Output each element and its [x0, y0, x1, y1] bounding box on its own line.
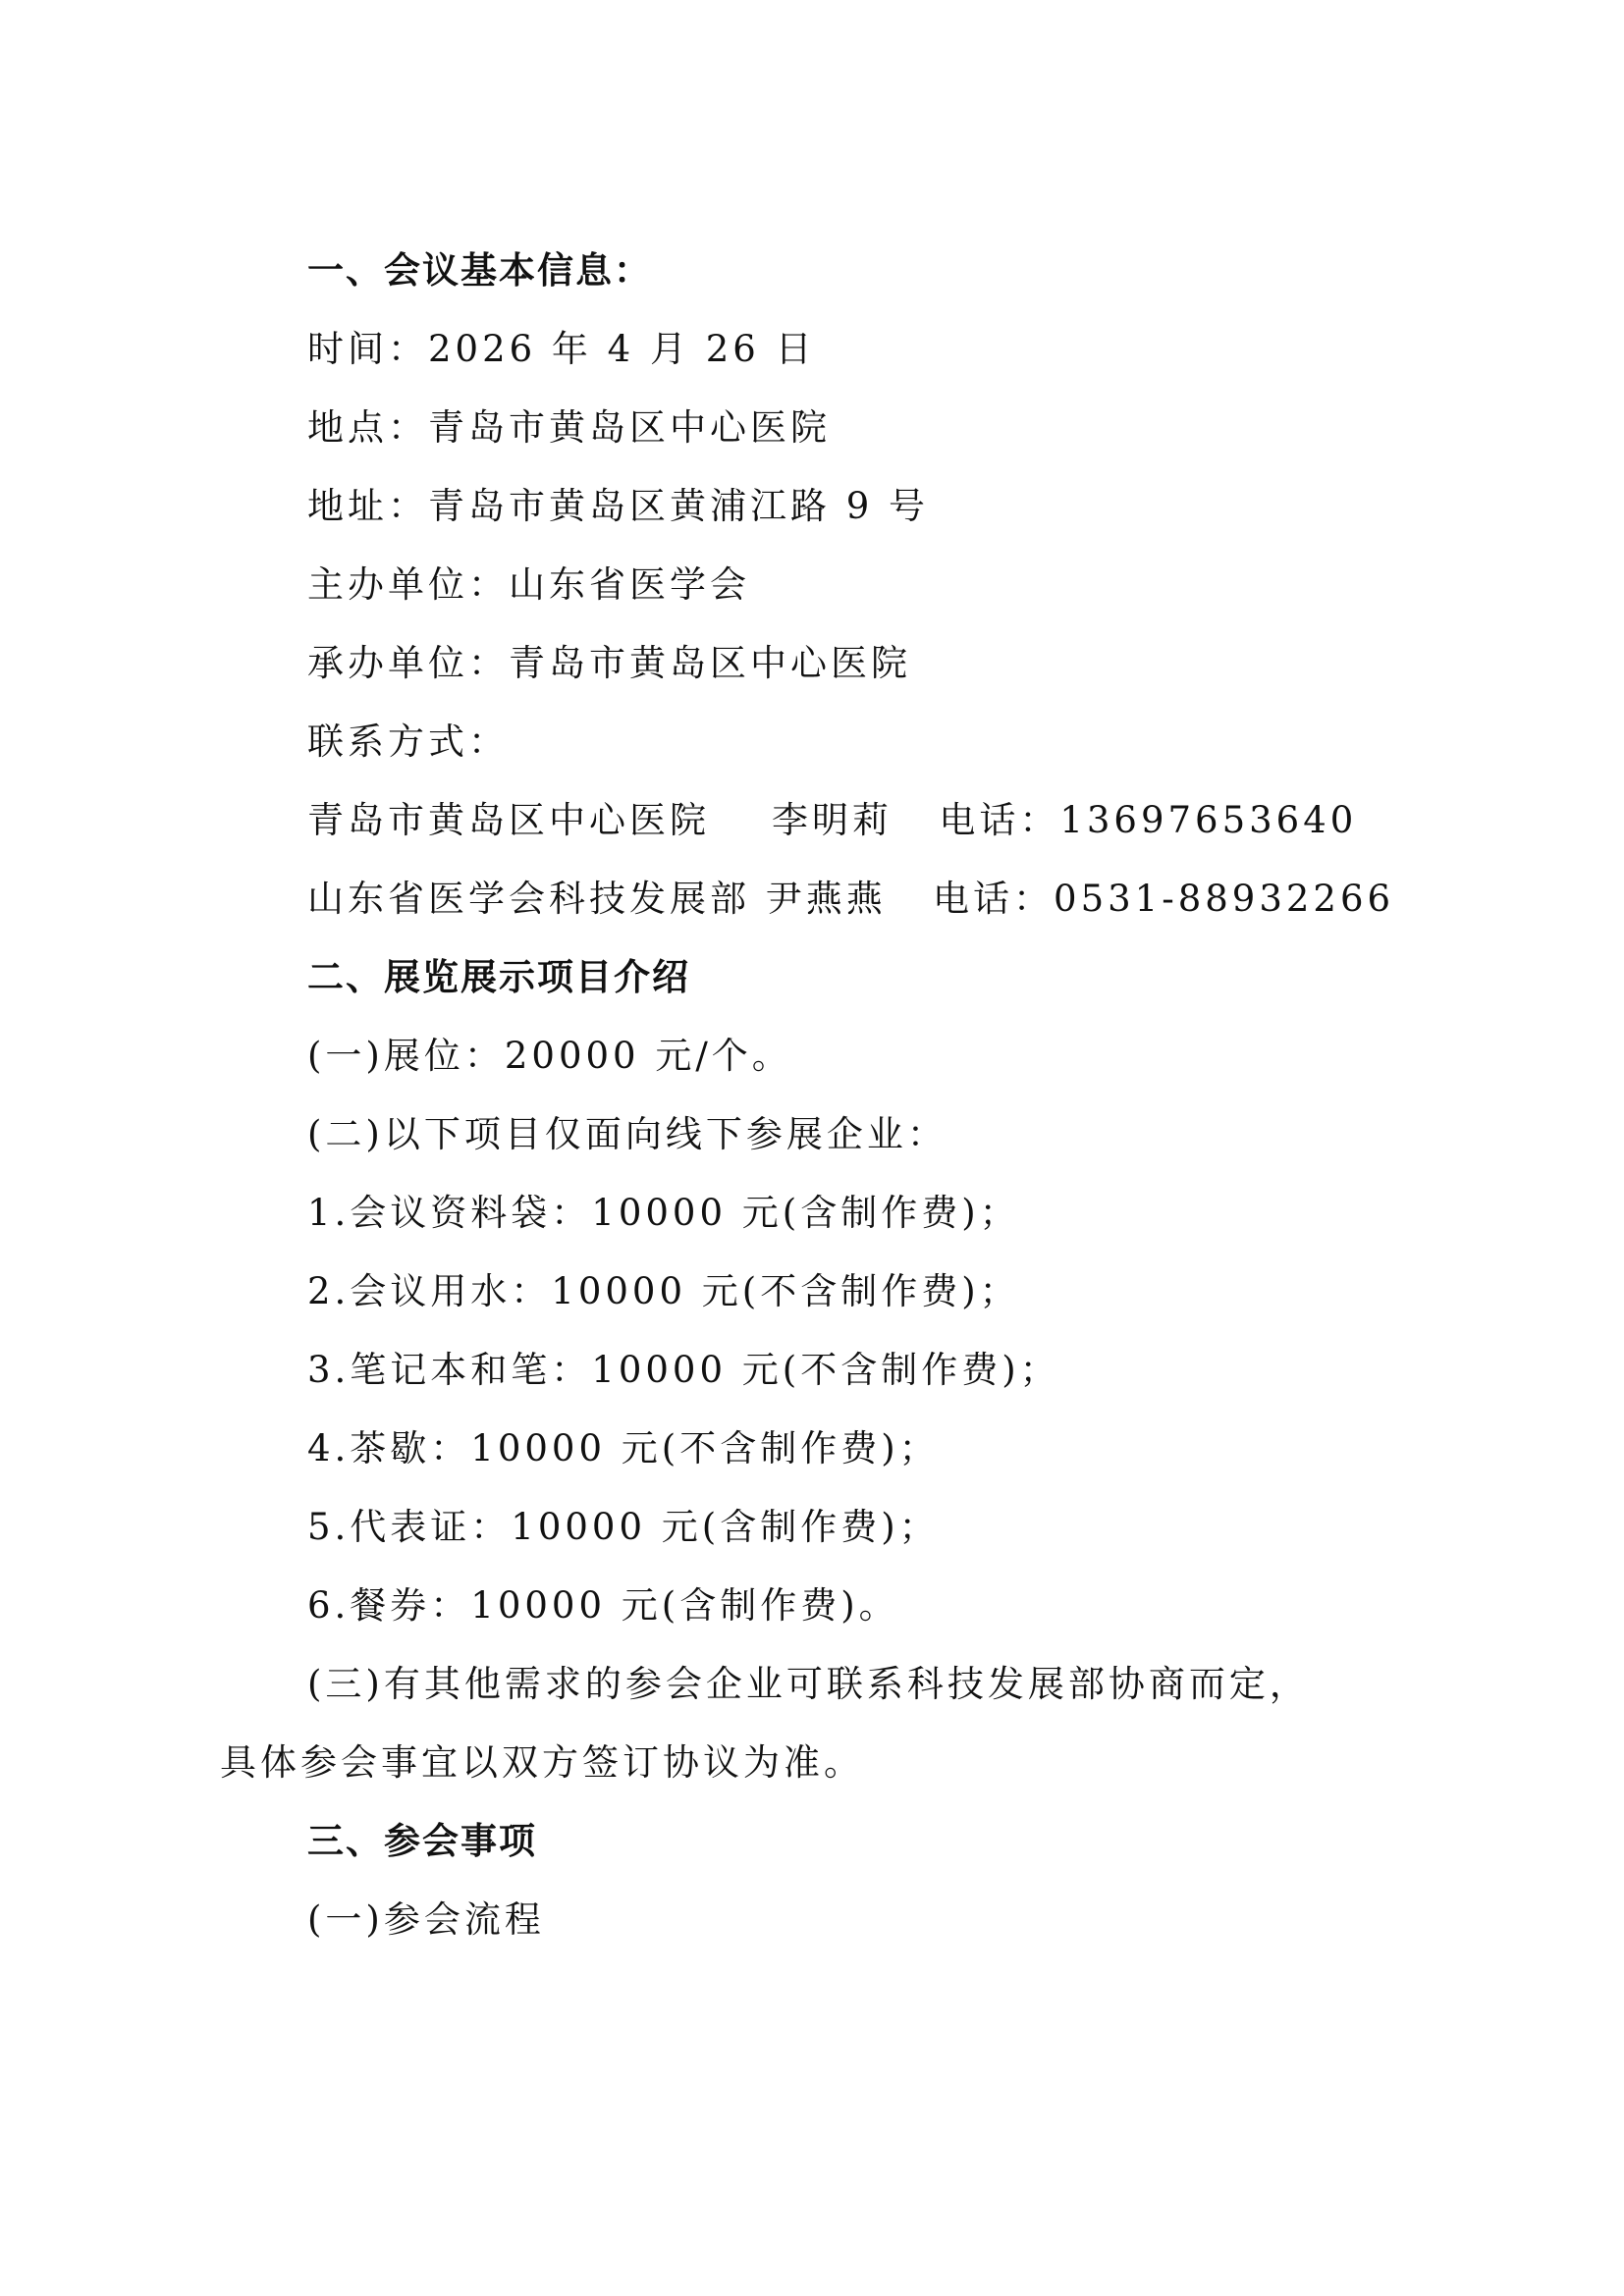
- contact-item: 青岛市黄岛区中心医院 李明莉 电话：13697653640: [307, 797, 1357, 844]
- meeting-address: 地址：青岛市黄岛区黄浦江路 9 号: [307, 483, 929, 530]
- other-needs-line1: (三)有其他需求的参会企业可联系科技发展部协商而定，: [307, 1661, 1310, 1708]
- other-needs-line2: 具体参会事宜以双方签订协议为准。: [220, 1739, 864, 1787]
- contact-label: 联系方式：: [307, 719, 509, 766]
- meeting-place: 地点：青岛市黄岛区中心医院: [307, 404, 831, 452]
- list-item: 3.笔记本和笔：10000 元(不含制作费)；: [307, 1347, 1060, 1394]
- list-item: 6.餐券：10000 元(含制作费)。: [307, 1582, 899, 1629]
- section3-heading: 三、参会事项: [307, 1818, 537, 1865]
- participation-process: (一)参会流程: [307, 1896, 545, 1944]
- section1-heading: 一、会议基本信息：: [307, 247, 652, 294]
- contact-item: 山东省医学会科技发展部 尹燕燕 电话：0531-88932266: [307, 876, 1394, 923]
- meeting-time: 时间：2026 年 4 月 26 日: [307, 326, 816, 373]
- host-unit: 承办单位：青岛市黄岛区中心医院: [307, 640, 911, 687]
- list-item: 1.会议资料袋：10000 元(含制作费)；: [307, 1190, 1020, 1237]
- offline-intro: (二)以下项目仅面向线下参展企业：: [307, 1111, 947, 1158]
- booth-price: (一)展位：20000 元/个。: [307, 1033, 792, 1080]
- list-item: 4.茶歇：10000 元(不含制作费)；: [307, 1425, 940, 1472]
- list-item: 5.代表证：10000 元(含制作费)；: [307, 1504, 940, 1551]
- organizer: 主办单位：山东省医学会: [307, 561, 750, 609]
- list-item: 2.会议用水：10000 元(不含制作费)；: [307, 1268, 1020, 1315]
- section2-heading: 二、展览展示项目介绍: [307, 954, 690, 1001]
